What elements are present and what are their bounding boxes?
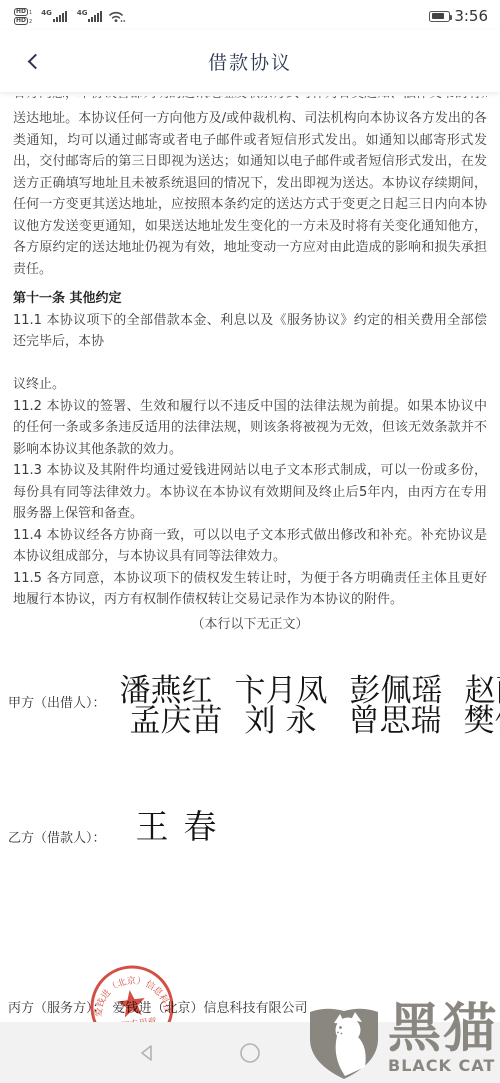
hd1-sub: 1 [29,11,32,16]
navigation-header: 借款协议 [0,30,500,92]
clause-11-2: 11.2 本协议的签署、生效和履行以不违反中国的法律法规为前提。如果本协议中的任… [13,396,487,461]
lender-signature: 樊佳敏 [464,711,500,733]
battery-icon [429,11,450,22]
android-nav-bar [0,1022,500,1083]
nav-home-button[interactable] [237,1040,263,1066]
network-4g-label-2: 4G [77,9,88,17]
wifi-icon [108,10,126,23]
nav-back-button[interactable] [134,1040,160,1066]
hd2-label: HD [14,17,28,25]
clause-11-5: 11.5 各方同意，本协议项下的债权发生转让时，为便于各方明确责任主体且更好地履… [13,568,487,611]
status-bar-left: HD 1 HD 2 4G 4G [14,8,126,25]
hd2-sub: 2 [29,20,32,25]
network-4g-label-1: 4G [41,9,52,17]
nav-recents-button[interactable] [340,1040,366,1066]
hd1-label: HD [14,8,28,16]
party-a-names-row1: 潘燕红 卞月凤 彭佩瑶 赵丽 [120,681,500,703]
lender-signature: 曾思瑞 [349,711,442,733]
party-a-signature-block: 甲方（出借人）： 潘燕红 卞月凤 彭佩瑶 赵丽 孟庆苗 刘永 曾思瑞 樊佳敏 [13,681,487,732]
party-c-label: 丙方（服务方）： [8,998,106,1020]
signal-bars-sim2-icon: 4G [77,10,104,22]
borrower-signature: 王春 [136,816,232,838]
clipped-text-line: 各方同意，本协议首部列明的通讯地址及联系方式可作为各类通知、法律文书的有效 [13,96,487,105]
clause-11-4: 11.4 本协议经各方协商一致，可以以电子文本形式做出修改和补充。补充协议是本协… [13,525,487,568]
section-heading: 第十一条 其他约定 [13,288,487,310]
status-bar: HD 1 HD 2 4G 4G [0,0,500,30]
nav-recents-square-icon [343,1043,363,1063]
signal-bars-sim1-icon: 4G [41,10,68,22]
clause-11-1-tail: 议终止。 [13,374,487,396]
signal-bars-2 [88,10,103,22]
party-b-label: 乙方（借款人）： [8,816,106,850]
signal-bars-1 [53,10,68,22]
party-c-signature-block: 丙方（服务方）： 爱钱进（北京）信息科技有限公司 爱钱进（北京）信息科技有限公司… [13,998,487,1020]
lender-signature: 卞月凤 [235,681,328,703]
clock-time: 3:56 [454,7,488,25]
lender-signature: 潘燕红 [120,681,213,703]
lender-signature: 彭佩瑶 [350,681,443,703]
nav-back-triangle-icon [138,1044,156,1062]
phone-screen: HD 1 HD 2 4G 4G [0,0,500,1083]
lender-signature: 孟庆苗 [130,711,223,733]
clause-11-1: 11.1 本协议项下的全部借款本金、利息以及《服务协议》约定的相关费用全部偿还完… [13,310,487,353]
lender-signature: 赵丽 [465,681,500,703]
page-title: 借款协议 [208,48,292,75]
no-text-below-note: （本行以下无正文） [13,614,487,636]
hd-sim2-icon: HD 2 [14,17,32,25]
status-bar-right: 3:56 [429,7,488,25]
agreement-document[interactable]: 各方同意，本协议首部列明的通讯地址及联系方式可作为各类通知、法律文书的有效 送达… [0,92,500,1022]
service-company-name: 爱钱进（北京）信息科技有限公司 [113,998,308,1020]
party-a-label: 甲方（出借人）： [8,681,106,715]
lender-signature: 刘永 [245,711,327,733]
party-a-names-row2: 孟庆苗 刘永 曾思瑞 樊佳敏 [130,711,500,733]
back-button[interactable] [18,46,48,76]
back-chevron-icon [27,53,43,69]
nav-home-circle-icon [239,1042,261,1064]
paragraph-delivery-address: 送达地址。本协议任何一方向他方及/或仲裁机构、司法机构向本协议各方发出的各类通知… [13,108,487,280]
hd-sim1-icon: HD 1 [14,8,32,16]
party-a-names: 潘燕红 卞月凤 彭佩瑶 赵丽 孟庆苗 刘永 曾思瑞 樊佳敏 [120,681,500,732]
clipped-text: 各方同意，本协议首部列明的通讯地址及联系方式可作为各类通知、法律文书的有效 [13,96,487,105]
party-b-signature-block: 乙方（借款人）： 王春 [13,816,487,850]
clause-11-3: 11.3 本协议及其附件均通过爱钱进网站以电子文本形式制成，可以一份或多份，每份… [13,460,487,525]
hd-icons: HD 1 HD 2 [14,8,32,25]
